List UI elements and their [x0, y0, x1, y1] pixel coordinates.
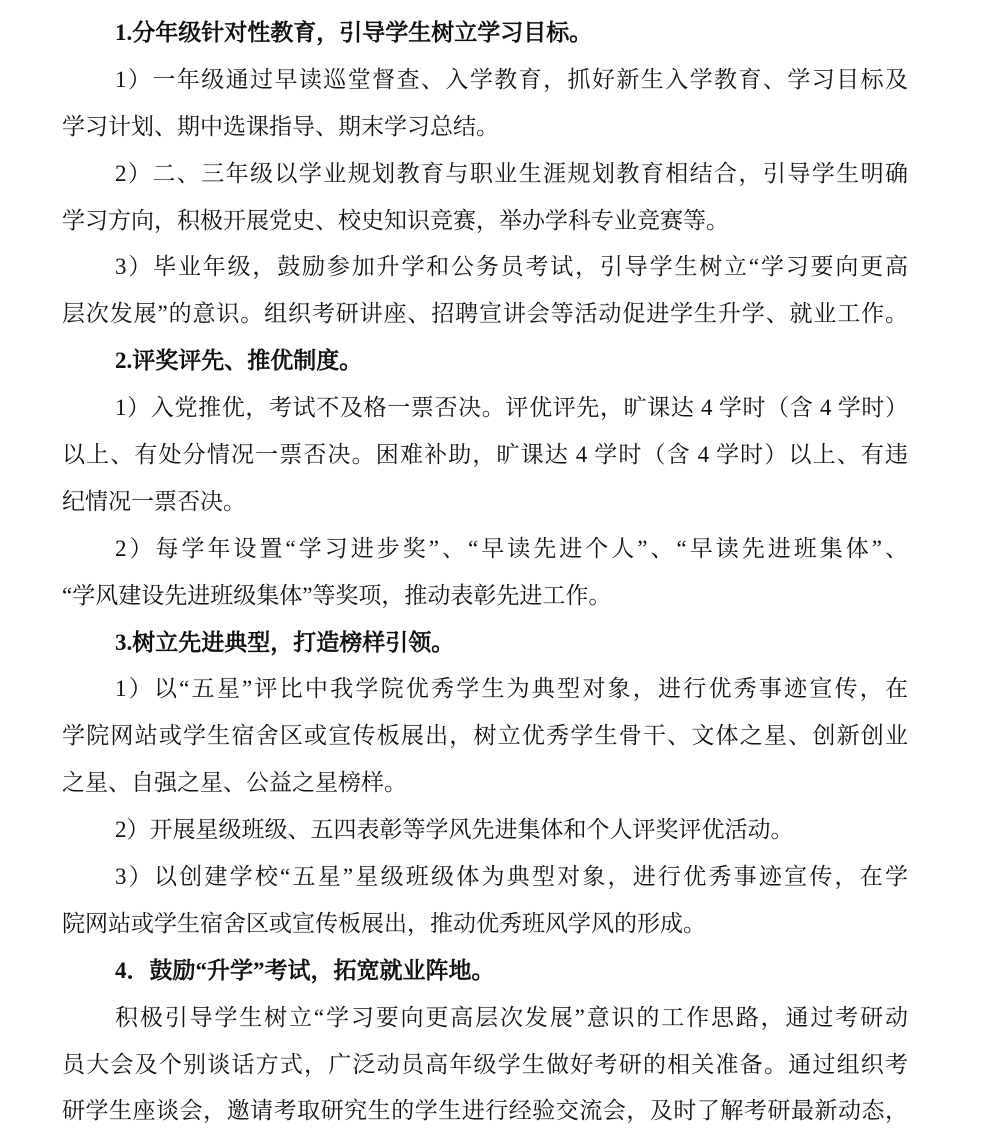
- text-line: 学院网站或学生宿舍区或宣传板展出，树立优秀学生骨干、文体之星、创新创业: [62, 713, 908, 760]
- text-line: 2）每学年设置“学习进步奖”、“早读先进个人”、“早读先进班集体”、: [62, 526, 908, 573]
- text-line: 之星、自强之星、公益之星榜样。: [62, 760, 908, 807]
- text-line: “学风建设先进班级集体”等奖项，推动表彰先进工作。: [62, 573, 908, 620]
- text-line: 1）一年级通过早读巡堂督查、入学教育，抓好新生入学教育、学习目标及: [62, 57, 908, 104]
- text-line: 院网站或学生宿舍区或宣传板展出，推动优秀班风学风的形成。: [62, 901, 908, 948]
- text-line: 3）毕业年级，鼓励参加升学和公务员考试，引导学生树立“学习要向更高: [62, 244, 908, 291]
- text-line: 积极引导学生树立“学习要向更高层次发展”意识的工作思路，通过考研动: [62, 995, 908, 1042]
- heading-line: 3.树立先进典型，打造榜样引领。: [62, 620, 908, 667]
- text-line: 以上、有处分情况一票否决。困难补助，旷课达 4 学时（含 4 学时）以上、有违: [62, 432, 908, 479]
- document-body: 1.分年级针对性教育，引导学生树立学习目标。1）一年级通过早读巡堂督查、入学教育…: [62, 10, 908, 1135]
- text-line: 员大会及个别谈话方式，广泛动员高年级学生做好考研的相关准备。通过组织考: [62, 1042, 908, 1089]
- heading-line: 2.评奖评先、推优制度。: [62, 338, 908, 385]
- text-line: 1）以“五星”评比中我学院优秀学生为典型对象，进行优秀事迹宣传，在: [62, 666, 908, 713]
- text-line: 学习计划、期中选课指导、期末学习总结。: [62, 104, 908, 151]
- text-line: 学习方向，积极开展党史、校史知识竞赛，举办学科专业竞赛等。: [62, 198, 908, 245]
- text-line: 1）入党推优，考试不及格一票否决。评优评先，旷课达 4 学时（含 4 学时）: [62, 385, 908, 432]
- text-line: 2）二、三年级以学业规划教育与职业生涯规划教育相结合，引导学生明确: [62, 151, 908, 198]
- text-line: 纪情况一票否决。: [62, 479, 908, 526]
- text-line: 2）开展星级班级、五四表彰等学风先进集体和个人评奖评优活动。: [62, 807, 908, 854]
- heading-line: 1.分年级针对性教育，引导学生树立学习目标。: [62, 10, 908, 57]
- text-line: 3）以创建学校“五星”星级班级体为典型对象，进行优秀事迹宣传，在学: [62, 854, 908, 901]
- text-line: 研学生座谈会，邀请考取研究生的学生进行经验交流会，及时了解考研最新动态，: [62, 1088, 908, 1135]
- document-page: 1.分年级针对性教育，引导学生树立学习目标。1）一年级通过早读巡堂督查、入学教育…: [0, 0, 1000, 1140]
- text-line: 层次发展”的意识。组织考研讲座、招聘宣讲会等活动促进学生升学、就业工作。: [62, 291, 908, 338]
- heading-line: 4．鼓励“升学”考试，拓宽就业阵地。: [62, 948, 908, 995]
